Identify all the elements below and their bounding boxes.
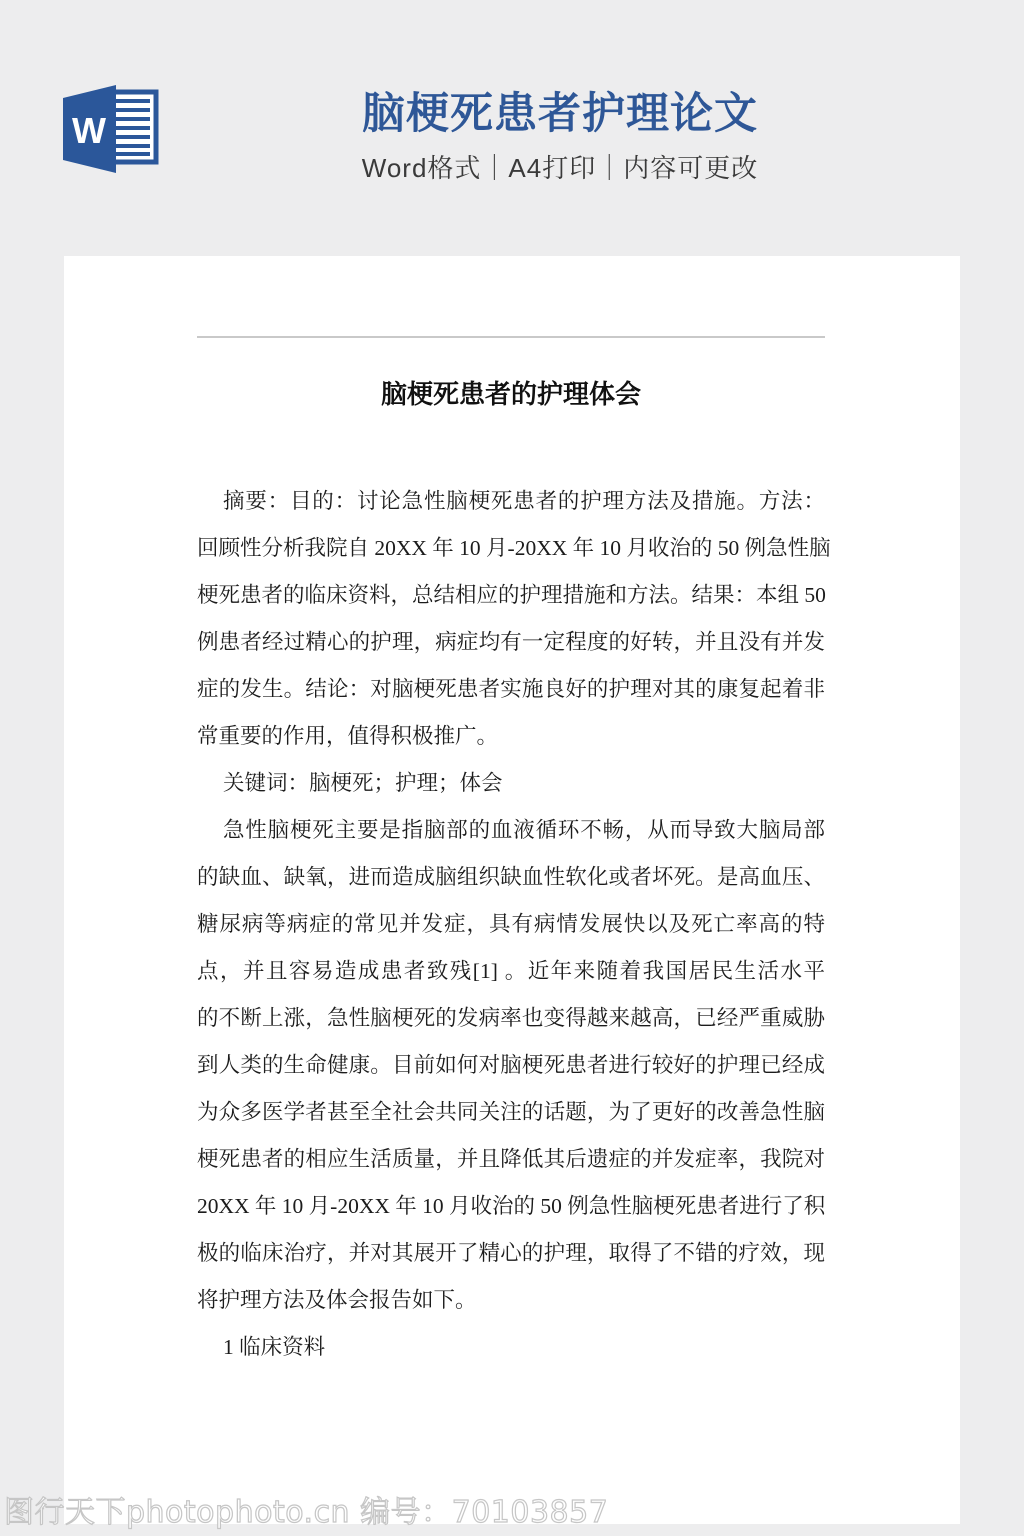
document-text-line: 梗死患者的相应生活质量，并且降低其后遗症的并发症率，我院对 [197, 1136, 825, 1183]
document-text-line: 极的临床治疗，并对其展开了精心的护理，取得了不错的疗效，现 [197, 1230, 825, 1277]
document-text-line: 20XX 年 10 月-20XX 年 10 月收治的 50 例急性脑梗死患者进行… [197, 1183, 825, 1230]
document-text-line: 关键词：脑梗死；护理；体会 [197, 760, 825, 807]
template-header: W 脑梗死患者护理论文 Word格式｜A4打印｜内容可更改 [0, 0, 1024, 230]
template-subtitle: Word格式｜A4打印｜内容可更改 [330, 148, 790, 185]
word-icon-text-lines [112, 101, 150, 154]
document-text-line: 例患者经过精心的护理，病症均有一定程度的好转，并且没有并发 [197, 619, 825, 666]
document-text-line: 摘要：目的：讨论急性脑梗死患者的护理方法及措施。方法： [197, 478, 825, 525]
word-file-icon: W [62, 82, 162, 176]
document-title: 脑梗死患者的护理体会 [197, 374, 825, 411]
document-page: 脑梗死患者的护理体会 摘要：目的：讨论急性脑梗死患者的护理方法及措施。方法：回顾… [64, 256, 960, 1524]
word-icon-letter: W [72, 110, 106, 151]
document-text-line: 糖尿病等病症的常见并发症，具有病情发展快以及死亡率高的特 [197, 901, 825, 948]
document-text-line: 回顾性分析我院自 20XX 年 10 月-20XX 年 10 月收治的 50 例… [197, 525, 825, 572]
document-text-line: 梗死患者的临床资料，总结相应的护理措施和方法。结果：本组 50 [197, 572, 825, 619]
document-text-line: 将护理方法及体会报告如下。 [197, 1277, 825, 1324]
document-text-line: 症的发生。结论：对脑梗死患者实施良好的护理对其的康复起着非 [197, 666, 825, 713]
document-text-line: 的不断上涨，急性脑梗死的发病率也变得越来越高，已经严重威胁 [197, 995, 825, 1042]
document-text-line: 的缺血、缺氧，进而造成脑组织缺血性软化或者坏死。是高血压、 [197, 854, 825, 901]
document-text-line: 到人类的生命健康。目前如何对脑梗死患者进行较好的护理已经成 [197, 1042, 825, 1089]
site-watermark: 图行天下photophoto.cn 编号：70103857 [4, 1487, 608, 1531]
document-text-line: 1 临床资料 [197, 1324, 825, 1371]
document-body: 摘要：目的：讨论急性脑梗死患者的护理方法及措施。方法：回顾性分析我院自 20XX… [197, 478, 825, 1371]
document-text-line: 急性脑梗死主要是指脑部的血液循环不畅，从而导致大脑局部 [197, 807, 825, 854]
document-text-line: 为众多医学者甚至全社会共同关注的话题，为了更好的改善急性脑 [197, 1089, 825, 1136]
document-text-line: 点，并且容易造成患者致残[1] 。近年来随着我国居民生活水平 [197, 948, 825, 995]
header-rule-line [197, 336, 825, 338]
template-title: 脑梗死患者护理论文 [330, 90, 790, 139]
document-text-line: 常重要的作用，值得积极推广。 [197, 713, 825, 760]
header-text-block: 脑梗死患者护理论文 Word格式｜A4打印｜内容可更改 [330, 90, 790, 185]
